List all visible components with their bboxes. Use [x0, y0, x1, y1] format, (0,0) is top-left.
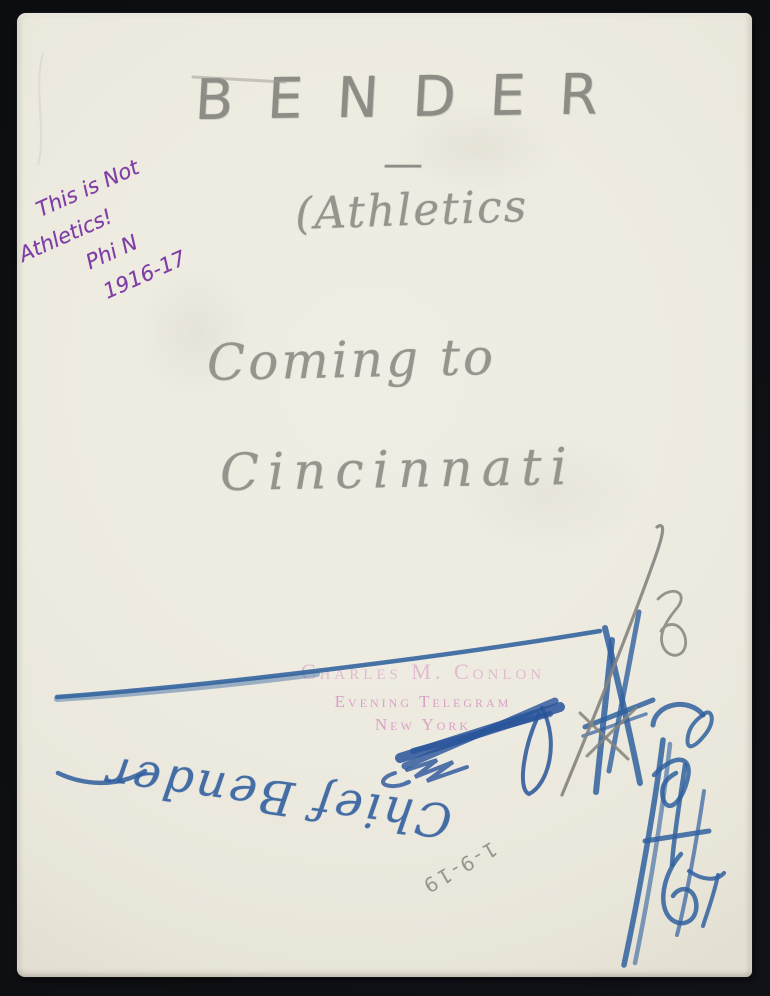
blue-tall-scribble	[583, 612, 653, 792]
blue-dome-scribble	[653, 704, 712, 746]
pencil-dash: —	[383, 141, 423, 187]
pencil-title-bender: BENDER	[193, 62, 634, 133]
pencil-line-coming-to: Coming to	[206, 328, 496, 392]
stamp-organization: Evening Telegram	[255, 692, 591, 712]
paper-crease-mark	[38, 53, 43, 165]
purple-ink-note: This is Not Athletics! Phi N 1916-17	[0, 130, 232, 336]
stamp-photographer-name: Charles M. Conlon	[255, 659, 591, 685]
blue-signature-upside-down: Chief Bender	[55, 723, 501, 869]
photographer-stamp: Charles M. Conlon Evening Telegram New Y…	[255, 659, 591, 735]
pencil-line-cincinnati: Cincinnati	[220, 438, 577, 503]
blue-bottom-right-scribble	[624, 740, 724, 965]
photo-card-back: BENDER — (Athletics Coming to Cincinnati…	[17, 13, 752, 977]
stamp-city: New York	[255, 715, 591, 735]
gray-pencil-loop-mark	[658, 591, 686, 655]
pencil-line-athletics: (Athletics	[294, 181, 529, 240]
